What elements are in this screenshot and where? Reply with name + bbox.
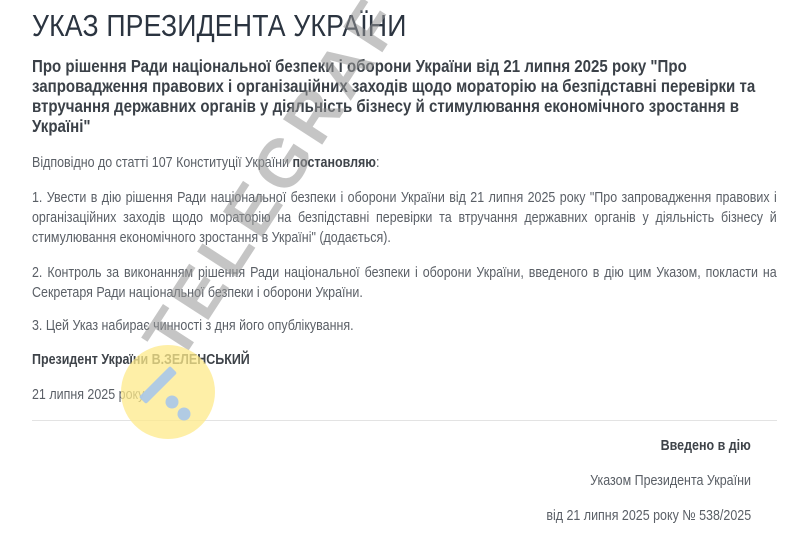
enacted-heading: Введено в дію bbox=[661, 436, 751, 456]
preamble-suffix: : bbox=[376, 155, 379, 171]
paragraph-3: 3. Цей Указ набирає чинності з дня його … bbox=[32, 316, 777, 336]
divider bbox=[32, 420, 777, 421]
page-title: УКАЗ ПРЕЗИДЕНТА УКРАЇНИ bbox=[32, 8, 407, 44]
preamble: Відповідно до статті 107 Конституції Укр… bbox=[32, 153, 777, 173]
paragraph-2: 2. Контроль за виконанням рішення Ради н… bbox=[32, 263, 777, 303]
preamble-bold: постановляю bbox=[292, 155, 375, 171]
decree-subtitle: Про рішення Ради національної безпеки і … bbox=[32, 56, 777, 136]
decree-date: 21 липня 2025 року bbox=[32, 385, 777, 405]
signature: Президент України В.ЗЕЛЕНСЬКИЙ bbox=[32, 350, 777, 370]
paragraph-1: 1. Увести в дію рішення Ради національно… bbox=[32, 188, 777, 248]
enacted-by: Указом Президента України bbox=[590, 471, 751, 491]
enacted-ref: від 21 липня 2025 року № 538/2025 bbox=[546, 506, 751, 526]
preamble-text: Відповідно до статті 107 Конституції Укр… bbox=[32, 155, 292, 171]
